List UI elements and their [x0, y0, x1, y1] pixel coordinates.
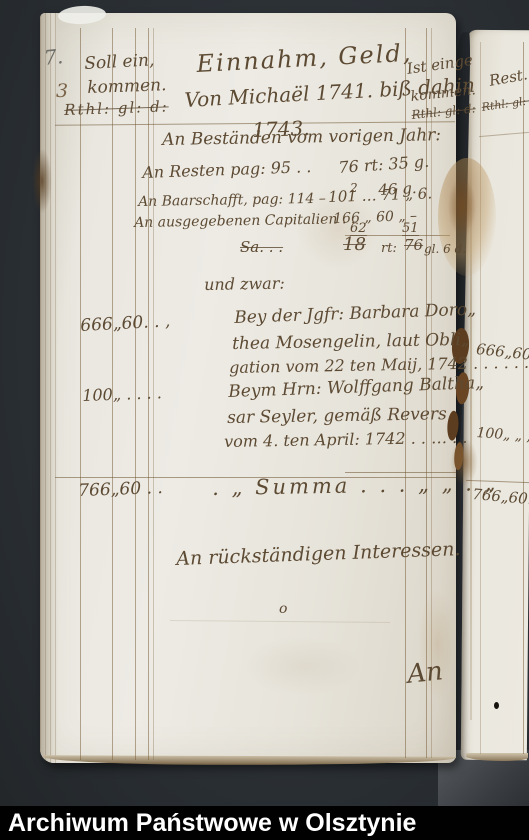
folio-number-top: 7. — [43, 46, 64, 68]
left-column-header-line2: kommen. — [87, 77, 167, 97]
total-label: Sa. . . — [240, 240, 283, 255]
left-column-units: Rthl: gl: d: — [64, 99, 169, 118]
arrears-label: An Baarschafft, pag: 114 – — [138, 192, 326, 209]
left-column-header-line1: Soll ein, — [84, 52, 155, 73]
ruled-line-vertical — [523, 42, 524, 754]
entry-text: vom 4. ten April: 1742 . . … . . — [224, 430, 467, 450]
ruled-line-vertical — [80, 28, 81, 760]
catchword: An — [406, 658, 444, 688]
entry-text: sar Seyler, gemäß Revers — [227, 406, 447, 427]
ruled-line-vertical — [480, 42, 481, 754]
spine-stain — [32, 148, 52, 214]
archive-caption-bar: Archiwum Państwowe w Olsztynie — [0, 806, 529, 840]
flourish-mark: o — [279, 602, 287, 616]
page-bottom-edge — [42, 755, 456, 765]
total-correction: 51 — [402, 222, 419, 236]
section-heading-prior-year: An Beständen vom vorigen Jahr: — [162, 127, 441, 149]
total-value-groschen: 76 — [404, 238, 423, 253]
arrears-amount: 101 … 71 „ 6. — [328, 186, 432, 205]
total-tail: gl. 6 d. — [424, 243, 466, 255]
photo-of-manuscript: 7. 3 Soll ein, kommen. Rthl: gl: d: Ist … — [0, 0, 529, 840]
total-unit: rt: — [381, 242, 397, 255]
faint-smudge — [242, 636, 362, 696]
folio-number-bottom: 3 — [56, 82, 68, 101]
entry-amount: 666„60. . , — [80, 313, 171, 335]
entry-text: thea Mosengelin, laut Obli„ — [232, 332, 470, 353]
damage-stain — [448, 178, 476, 236]
entry-amount: 100„ . . . . — [82, 385, 162, 404]
summa-label: . „ Summa . . . „ „ . „ — [212, 473, 499, 499]
rest-amount: 100„ „ „ — [476, 426, 529, 444]
arrears-label: An ausgegebenen Capitalien . . — [134, 212, 355, 230]
wormhole — [494, 702, 499, 709]
summa-amount: 766„60 . . — [78, 480, 163, 500]
und-zwar-note: und zwar: — [204, 276, 285, 293]
total-value-thaler: 18 — [343, 236, 366, 254]
archive-caption-text: Archiwum Państwowe w Olsztynie — [8, 806, 529, 840]
